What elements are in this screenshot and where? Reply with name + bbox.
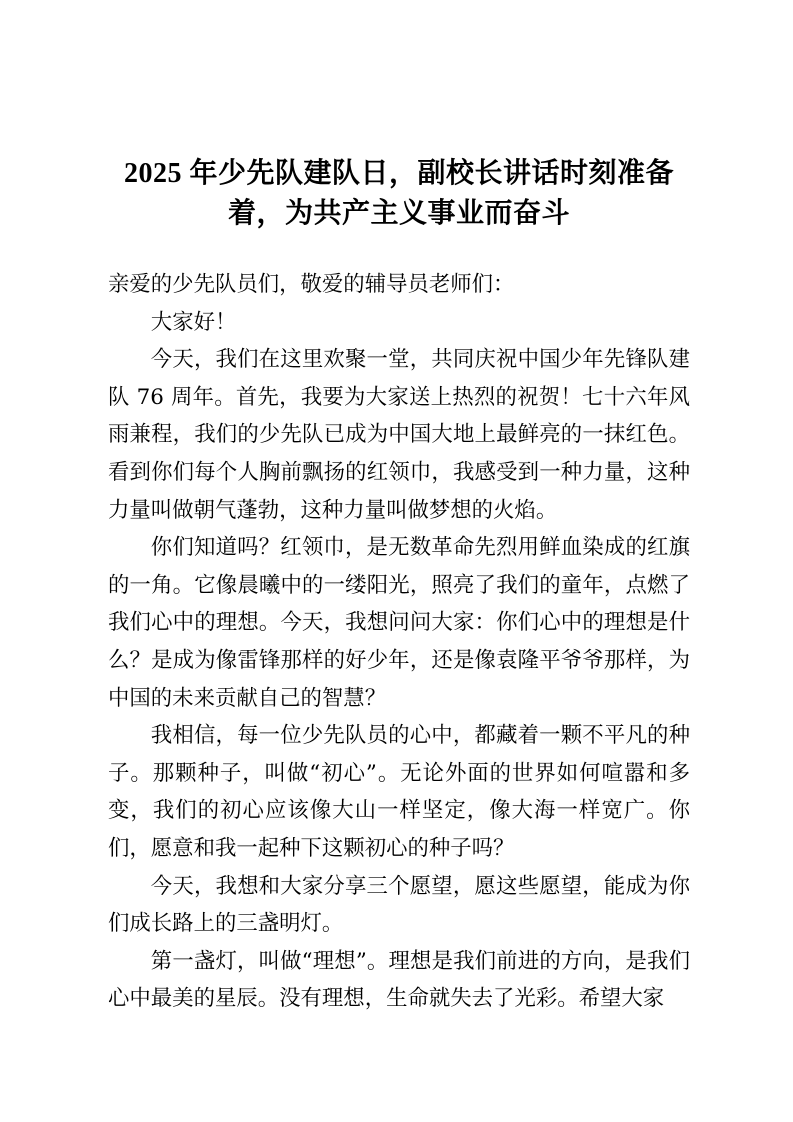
body-paragraph-three-wishes: 今天，我想和大家分享三个愿望，愿这些愿望，能成为你们成长路上的三盏明灯。 bbox=[108, 868, 690, 943]
body-paragraph-celebration: 今天，我们在这里欢聚一堂，共同庆祝中国少年先锋队建队 76 周年。首先，我要为大… bbox=[108, 341, 690, 529]
salutation-paragraph: 亲爱的少先队员们，敬爱的辅导员老师们： bbox=[108, 266, 690, 304]
body-paragraph-first-lamp: 第一盏灯，叫做“理想”。理想是我们前进的方向，是我们心中最美的星辰。没有理想，生… bbox=[108, 943, 690, 1018]
document-title-line-1: 2025 年少先队建队日，副校长讲话时刻准备 bbox=[124, 158, 674, 189]
document-body: 亲爱的少先队员们，敬爱的辅导员老师们： 大家好！ 今天，我们在这里欢聚一堂，共同… bbox=[108, 266, 690, 1018]
greeting-paragraph: 大家好！ bbox=[108, 304, 690, 342]
body-paragraph-seed: 我相信，每一位少先队员的心中，都藏着一颗不平凡的种子。那颗种子，叫做“初心”。无… bbox=[108, 717, 690, 867]
document-title: 2025 年少先队建队日，副校长讲话时刻准备 着，为共产主义事业而奋斗 bbox=[105, 154, 693, 234]
body-paragraph-red-scarf: 你们知道吗？红领巾，是无数革命先烈用鲜血染成的红旗的一角。它像晨曦中的一缕阳光，… bbox=[108, 529, 690, 717]
document-page: 2025 年少先队建队日，副校长讲话时刻准备 着，为共产主义事业而奋斗 亲爱的少… bbox=[0, 0, 793, 1122]
document-title-line-2: 着，为共产主义事业而奋斗 bbox=[228, 198, 570, 229]
